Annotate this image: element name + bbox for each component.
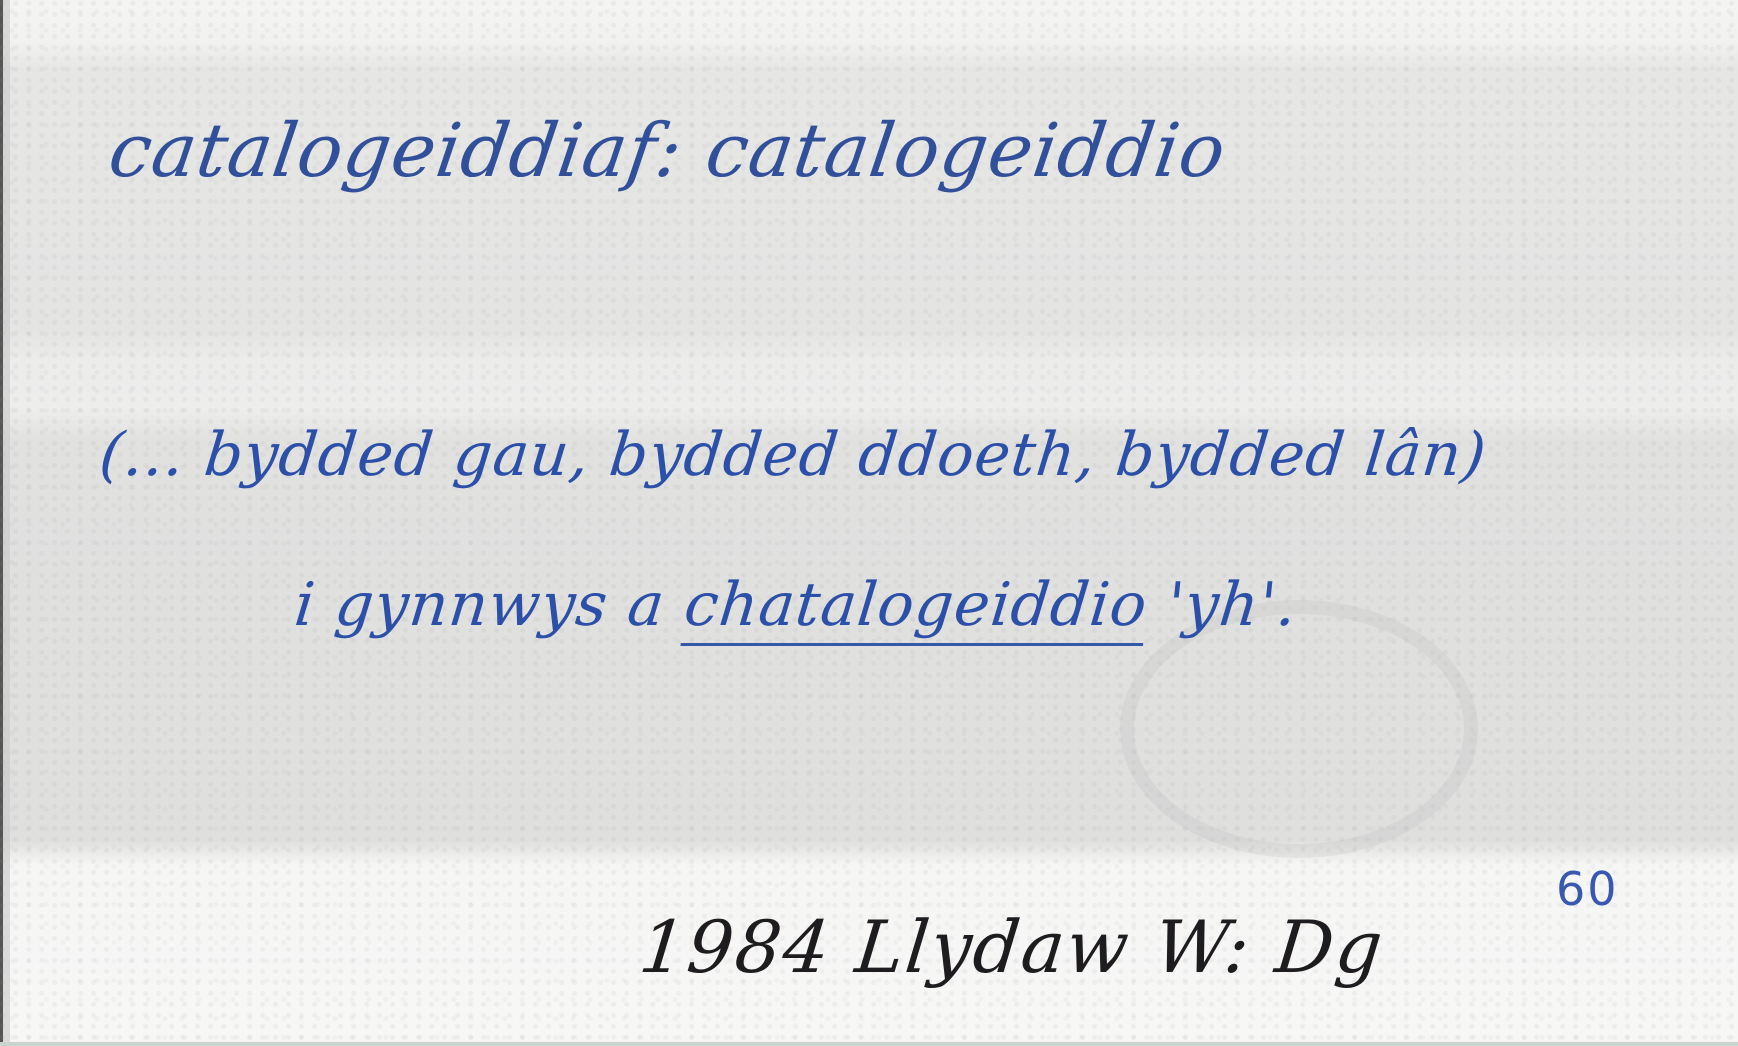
citation-line-2: i gynnwys a chatalogeiddio 'yh'. xyxy=(291,570,1300,640)
headword: catalogeiddiaf: catalogeiddio xyxy=(104,108,1231,194)
citation-line-1: (... bydded gau, bydded ddoeth, bydded l… xyxy=(96,420,1490,490)
page-number: 60 xyxy=(1556,862,1619,916)
citation-prefix: i gynnwys a xyxy=(291,570,688,640)
index-card: catalogeiddiaf: catalogeiddio (... bydde… xyxy=(0,0,1738,1046)
underlined-word: chatalogeiddio xyxy=(681,570,1151,640)
citation-suffix: 'yh'. xyxy=(1144,570,1301,640)
source-reference: 1984 Llydaw W: Dg xyxy=(636,905,1389,989)
